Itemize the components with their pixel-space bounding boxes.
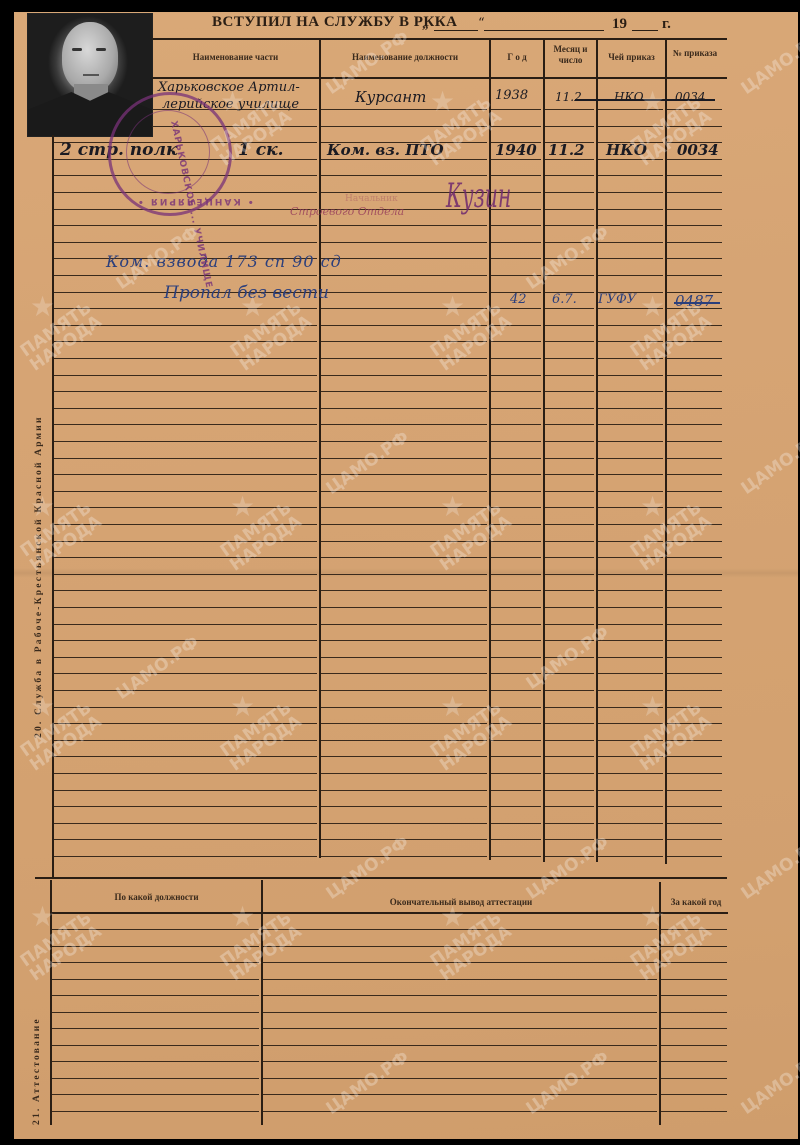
- ruled-line: [491, 441, 541, 442]
- ruled-line: [598, 590, 663, 591]
- ruled-line: [545, 126, 594, 127]
- ruled-line: [491, 740, 541, 741]
- ruled-line: [545, 607, 594, 608]
- ruled-line: [598, 541, 663, 542]
- ruled-line: [667, 723, 722, 724]
- ruled-line: [54, 491, 317, 492]
- ruled-line: [321, 308, 487, 309]
- row3-unit: Ком. взвода 173 сп 90 сд: [106, 252, 342, 271]
- row1-year: 1938: [495, 88, 528, 103]
- ruled-line: [263, 995, 657, 996]
- day-blank: [434, 30, 478, 31]
- ruled-line: [667, 408, 722, 409]
- row2-position: Ком. вз. ПТО: [327, 141, 444, 159]
- ruled-line: [545, 358, 594, 359]
- ruled-line: [667, 773, 722, 774]
- ruled-line: [598, 225, 663, 226]
- ruled-line: [263, 1012, 657, 1013]
- ruled-line: [52, 1012, 259, 1013]
- ruled-line: [321, 275, 487, 276]
- ruled-line: [321, 624, 487, 625]
- ruled-line: [321, 590, 487, 591]
- row2-order-number: 0034: [677, 141, 719, 159]
- ruled-line: [491, 557, 541, 558]
- ruled-line: [321, 524, 487, 525]
- ruled-line: [598, 159, 663, 160]
- ruled-line: [321, 424, 487, 425]
- department-stamp: Строевого Отдела: [290, 205, 404, 218]
- ruled-line: [667, 358, 722, 359]
- ruled-line: [321, 574, 487, 575]
- ruled-line: [54, 524, 317, 525]
- ruled-line: [545, 723, 594, 724]
- ruled-line: [491, 624, 541, 625]
- ruled-line: [491, 341, 541, 342]
- ruled-line: [52, 1111, 259, 1112]
- ruled-line: [54, 856, 317, 857]
- photo-eye-right: [96, 48, 106, 51]
- ruled-line: [545, 624, 594, 625]
- ruled-line: [54, 624, 317, 625]
- col-left-border: [52, 135, 54, 877]
- ruled-line: [321, 740, 487, 741]
- row2-unit-extra: 1 ск.: [238, 140, 284, 160]
- ruled-line: [321, 607, 487, 608]
- header-position-name: Наименование должности: [321, 52, 489, 63]
- ruled-line: [545, 242, 594, 243]
- ruled-line: [598, 441, 663, 442]
- ruled-line: [54, 341, 317, 342]
- ruled-line: [54, 541, 317, 542]
- col-divider-1: [319, 38, 321, 858]
- ruled-line: [598, 175, 663, 176]
- photo-eye-left: [72, 48, 82, 51]
- round-stamp-bottom-text: • КАНЦЕЛЯРИЯ •: [136, 196, 254, 206]
- ruled-line: [263, 1028, 657, 1029]
- ruled-line: [667, 507, 722, 508]
- ruled-line: [545, 657, 594, 658]
- ruled-line: [491, 806, 541, 807]
- ruled-line: [54, 756, 317, 757]
- ruled-line: [598, 740, 663, 741]
- ruled-line: [661, 946, 727, 947]
- ruled-line: [545, 707, 594, 708]
- ruled-line: [598, 673, 663, 674]
- page-title: ВСТУПИЛ НА СЛУЖБУ В РККА: [212, 14, 458, 31]
- ruled-line: [661, 1061, 727, 1062]
- ruled-line: [667, 159, 722, 160]
- ruled-line: [491, 574, 541, 575]
- paper-fold: [14, 568, 798, 578]
- ruled-line: [491, 391, 541, 392]
- ruled-line: [491, 424, 541, 425]
- ruled-line: [598, 790, 663, 791]
- ruled-line: [667, 590, 722, 591]
- ruled-line: [545, 640, 594, 641]
- ruled-line: [491, 823, 541, 824]
- department-stamp-top: Начальник: [345, 194, 398, 204]
- ruled-line: [321, 491, 487, 492]
- ruled-line: [598, 358, 663, 359]
- ruled-line: [321, 109, 487, 110]
- ruled-line: [545, 806, 594, 807]
- ruled-line: [545, 756, 594, 757]
- ruled-line: [491, 408, 541, 409]
- ruled-line: [321, 292, 487, 293]
- ruled-line: [263, 1094, 657, 1095]
- ruled-line: [263, 1045, 657, 1046]
- col-divider-2: [489, 38, 491, 860]
- ruled-line: [598, 723, 663, 724]
- ruled-line: [545, 823, 594, 824]
- ruled-line: [545, 574, 594, 575]
- ruled-line: [545, 209, 594, 210]
- ruled-line: [545, 458, 594, 459]
- ruled-line: [54, 507, 317, 508]
- ruled-line: [491, 126, 541, 127]
- ruled-line: [598, 209, 663, 210]
- ruled-line: [54, 839, 317, 840]
- ruled-line: [667, 258, 722, 259]
- ruled-line: [491, 790, 541, 791]
- ruled-line: [545, 541, 594, 542]
- ruled-line: [321, 358, 487, 359]
- ruled-line: [321, 341, 487, 342]
- ruled-line: [54, 790, 317, 791]
- ruled-line: [54, 607, 317, 608]
- ruled-line: [321, 806, 487, 807]
- ruled-line: [321, 541, 487, 542]
- ruled-line: [598, 308, 663, 309]
- ruled-line: [54, 358, 317, 359]
- ruled-line: [54, 723, 317, 724]
- ruled-line: [491, 607, 541, 608]
- row4-order-underline: [674, 302, 720, 304]
- ruled-line: [321, 557, 487, 558]
- year-suffix: г.: [662, 16, 671, 33]
- ruled-line: [598, 657, 663, 658]
- sec21-divider-2: [659, 882, 661, 1125]
- ruled-line: [661, 1078, 727, 1079]
- col-divider-3: [543, 38, 545, 862]
- ruled-line: [598, 424, 663, 425]
- ruled-line: [545, 275, 594, 276]
- ruled-line: [667, 624, 722, 625]
- header-which-position: По какой должности: [52, 892, 261, 903]
- ruled-line: [661, 1111, 727, 1112]
- ruled-line: [321, 126, 487, 127]
- ruled-line: [491, 590, 541, 591]
- ruled-line: [321, 375, 487, 376]
- ruled-line: [667, 242, 722, 243]
- ruled-line: [667, 524, 722, 525]
- row1-order-by: НКО: [614, 90, 644, 104]
- ruled-line: [661, 929, 727, 930]
- ruled-line: [321, 458, 487, 459]
- ruled-line: [263, 962, 657, 963]
- ruled-line: [321, 756, 487, 757]
- year-blank: [632, 30, 658, 31]
- ruled-line: [321, 657, 487, 658]
- ruled-line: [667, 441, 722, 442]
- ruled-line: [545, 524, 594, 525]
- ruled-line: [667, 690, 722, 691]
- ruled-line: [545, 790, 594, 791]
- ruled-line: [54, 574, 317, 575]
- ruled-line: [545, 690, 594, 691]
- ruled-line: [545, 159, 594, 160]
- ruled-line: [545, 109, 594, 110]
- ruled-line: [54, 557, 317, 558]
- ruled-line: [491, 325, 541, 326]
- ruled-line: [667, 806, 722, 807]
- ruled-line: [545, 839, 594, 840]
- ruled-line: [598, 574, 663, 575]
- ruled-line: [321, 507, 487, 508]
- ruled-line: [491, 657, 541, 658]
- ruled-line: [491, 375, 541, 376]
- ruled-line: [667, 225, 722, 226]
- ruled-line: [598, 806, 663, 807]
- ruled-line: [598, 275, 663, 276]
- ruled-line: [545, 175, 594, 176]
- ruled-line: [545, 391, 594, 392]
- ruled-line: [491, 258, 541, 259]
- header-bottom-border: [152, 77, 727, 79]
- ruled-line: [661, 962, 727, 963]
- signature: Кузин: [446, 176, 511, 216]
- ruled-line: [667, 491, 722, 492]
- ruled-line: [54, 707, 317, 708]
- ruled-line: [52, 1045, 259, 1046]
- ruled-line: [54, 391, 317, 392]
- row4-year: 42: [510, 292, 527, 307]
- ruled-line: [545, 673, 594, 674]
- ruled-line: [491, 275, 541, 276]
- ruled-line: [321, 159, 487, 160]
- photo-face: [62, 22, 118, 92]
- ruled-line: [52, 946, 259, 947]
- ruled-line: [667, 375, 722, 376]
- ruled-line: [667, 541, 722, 542]
- ruled-line: [491, 358, 541, 359]
- ruled-line: [321, 242, 487, 243]
- ruled-line: [545, 225, 594, 226]
- ruled-line: [263, 929, 657, 930]
- ruled-line: [661, 1045, 727, 1046]
- ruled-line: [54, 458, 317, 459]
- ruled-line: [321, 707, 487, 708]
- table-top-border: [152, 38, 727, 40]
- ruled-line: [545, 590, 594, 591]
- ruled-line: [491, 541, 541, 542]
- ruled-line: [545, 325, 594, 326]
- ruled-line: [598, 507, 663, 508]
- sec21-divider-1: [261, 880, 263, 1125]
- ruled-line: [598, 375, 663, 376]
- ruled-line: [667, 109, 722, 110]
- ruled-line: [661, 995, 727, 996]
- ruled-line: [598, 756, 663, 757]
- ruled-line: [52, 1094, 259, 1095]
- ruled-line: [667, 341, 722, 342]
- ruled-line: [598, 109, 663, 110]
- ruled-line: [491, 159, 541, 160]
- ruled-line: [545, 192, 594, 193]
- ruled-line: [667, 839, 722, 840]
- ruled-line: [667, 557, 722, 558]
- ruled-line: [54, 806, 317, 807]
- ruled-line: [54, 441, 317, 442]
- ruled-line: [321, 690, 487, 691]
- row1-order-number: 0034.: [675, 90, 709, 104]
- ruled-line: [491, 756, 541, 757]
- ruled-line: [667, 209, 722, 210]
- ruled-line: [263, 946, 657, 947]
- ruled-line: [598, 474, 663, 475]
- date-quote-open: „: [422, 16, 429, 32]
- sec21-header-bottom: [52, 912, 728, 914]
- ruled-line: [598, 823, 663, 824]
- date-quote-close: “: [478, 16, 485, 31]
- ruled-line: [54, 375, 317, 376]
- header-month-day: Месяц и число: [545, 44, 596, 66]
- ruled-line: [54, 640, 317, 641]
- sec21-left-border: [50, 880, 52, 1125]
- ruled-line: [598, 491, 663, 492]
- ruled-line: [52, 929, 259, 930]
- ruled-line: [491, 856, 541, 857]
- ruled-line: [545, 408, 594, 409]
- ruled-line: [491, 673, 541, 674]
- ruled-line: [598, 839, 663, 840]
- ruled-line: [321, 474, 487, 475]
- ruled-line: [598, 856, 663, 857]
- ruled-line: [545, 308, 594, 309]
- header-unit-name: Наименование части: [152, 52, 319, 63]
- ruled-line: [52, 995, 259, 996]
- ruled-line: [598, 391, 663, 392]
- header-order-by: Чей приказ: [598, 52, 665, 63]
- ruled-line: [545, 507, 594, 508]
- ruled-line: [545, 341, 594, 342]
- ruled-line: [54, 823, 317, 824]
- header-year: Г о д: [491, 52, 543, 63]
- ruled-line: [54, 673, 317, 674]
- ruled-line: [54, 242, 317, 243]
- ruled-line: [54, 225, 317, 226]
- ruled-line: [598, 773, 663, 774]
- ruled-line: [545, 441, 594, 442]
- ruled-line: [321, 839, 487, 840]
- ruled-line: [667, 790, 722, 791]
- ruled-line: [491, 524, 541, 525]
- ruled-line: [545, 491, 594, 492]
- ruled-line: [491, 707, 541, 708]
- ruled-line: [54, 590, 317, 591]
- ruled-line: [491, 474, 541, 475]
- ruled-line: [263, 1061, 657, 1062]
- ruled-line: [667, 740, 722, 741]
- ruled-line: [321, 325, 487, 326]
- ruled-line: [667, 823, 722, 824]
- ruled-line: [667, 391, 722, 392]
- ruled-line: [321, 823, 487, 824]
- ruled-line: [54, 657, 317, 658]
- row1-position: Курсант: [355, 88, 426, 106]
- ruled-line: [661, 1012, 727, 1013]
- ruled-line: [491, 242, 541, 243]
- ruled-line: [491, 507, 541, 508]
- row1-month-day: 11.2: [555, 90, 582, 104]
- row4-order-number: 0487: [675, 292, 713, 310]
- ruled-line: [491, 839, 541, 840]
- ruled-line: [667, 325, 722, 326]
- ruled-line: [598, 408, 663, 409]
- ruled-line: [545, 375, 594, 376]
- ruled-line: [598, 126, 663, 127]
- ruled-line: [491, 491, 541, 492]
- header-for-which-year: За какой год: [661, 897, 731, 908]
- ruled-line: [52, 1028, 259, 1029]
- ruled-line: [491, 723, 541, 724]
- ruled-line: [598, 557, 663, 558]
- ruled-line: [598, 624, 663, 625]
- ruled-line: [598, 192, 663, 193]
- col-divider-4: [596, 38, 598, 862]
- ruled-line: [661, 1094, 727, 1095]
- section-21-label: 21. Аттестование: [32, 1017, 42, 1125]
- ruled-line: [598, 640, 663, 641]
- ruled-line: [598, 707, 663, 708]
- ruled-line: [54, 773, 317, 774]
- row2-month-day: 11.2: [548, 141, 585, 159]
- section-divider: [35, 877, 727, 879]
- photo-mouth: [83, 74, 99, 76]
- ruled-line: [667, 707, 722, 708]
- ruled-line: [667, 673, 722, 674]
- ruled-line: [667, 474, 722, 475]
- ruled-line: [54, 424, 317, 425]
- ruled-line: [52, 1061, 259, 1062]
- ruled-line: [545, 557, 594, 558]
- ruled-line: [54, 275, 317, 276]
- ruled-line: [263, 979, 657, 980]
- ruled-line: [321, 441, 487, 442]
- ruled-line: [54, 740, 317, 741]
- ruled-line: [598, 341, 663, 342]
- ruled-line: [321, 391, 487, 392]
- ruled-line: [52, 979, 259, 980]
- ruled-line: [545, 258, 594, 259]
- row4-status: Пропал без вести: [164, 283, 329, 303]
- ruled-line: [491, 308, 541, 309]
- ruled-line: [667, 657, 722, 658]
- ruled-line: [667, 175, 722, 176]
- ruled-line: [667, 275, 722, 276]
- section-20-label: 20. Служба в Рабоче-Крестьянской Красной…: [34, 415, 44, 738]
- ruled-line: [667, 574, 722, 575]
- ruled-line: [545, 740, 594, 741]
- ruled-line: [54, 474, 317, 475]
- ruled-line: [598, 242, 663, 243]
- ruled-line: [321, 408, 487, 409]
- ruled-line: [321, 790, 487, 791]
- ruled-line: [598, 524, 663, 525]
- ruled-line: [491, 109, 541, 110]
- ruled-line: [667, 126, 722, 127]
- row2-order-by: НКО: [606, 141, 647, 159]
